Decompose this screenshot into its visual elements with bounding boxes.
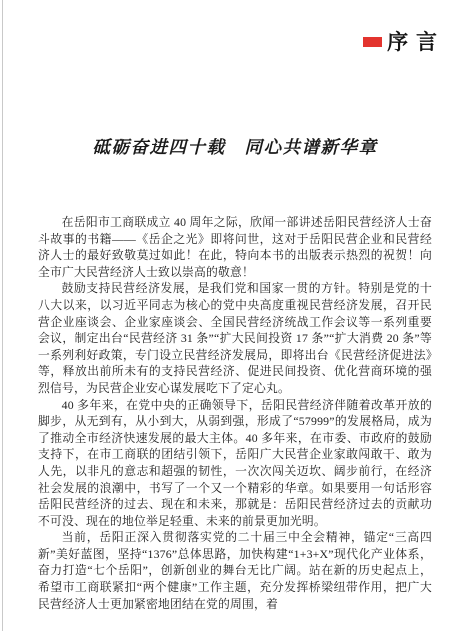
page-edge-line [2,0,3,631]
paragraph-2: 鼓励支持民营经济发展，是我们党和国家一贯的方针。特别是党的十八大以来，以习近平同… [38,280,432,396]
section-header: 序 言 [363,26,438,56]
paragraph-1: 在岳阳市工商联成立 40 周年之际，欣闻一部讲述岳阳民营经济人士奋斗故事的书籍—… [38,214,432,280]
chapter-heading: 砥砺奋进四十载 同心共谱新华章 [38,134,432,159]
red-rectangle-icon [363,37,382,47]
preface-page: 序 言 砥砺奋进四十载 同心共谱新华章 在岳阳市工商联成立 40 周年之际，欣闻… [0,0,465,631]
section-title: 序 言 [387,26,438,56]
paragraph-3: 40 多年来，在党中央的正确领导下，岳阳民营经济伴随着改革开放的脚步，从无到有，… [38,397,432,530]
paragraph-4: 当前，岳阳正深入贯彻落实党的二十届三中全会精神，锚定“三高四新”美好蓝图，坚持“… [38,529,432,612]
preface-body: 在岳阳市工商联成立 40 周年之际，欣闻一部讲述岳阳民营经济人士奋斗故事的书籍—… [38,214,432,612]
